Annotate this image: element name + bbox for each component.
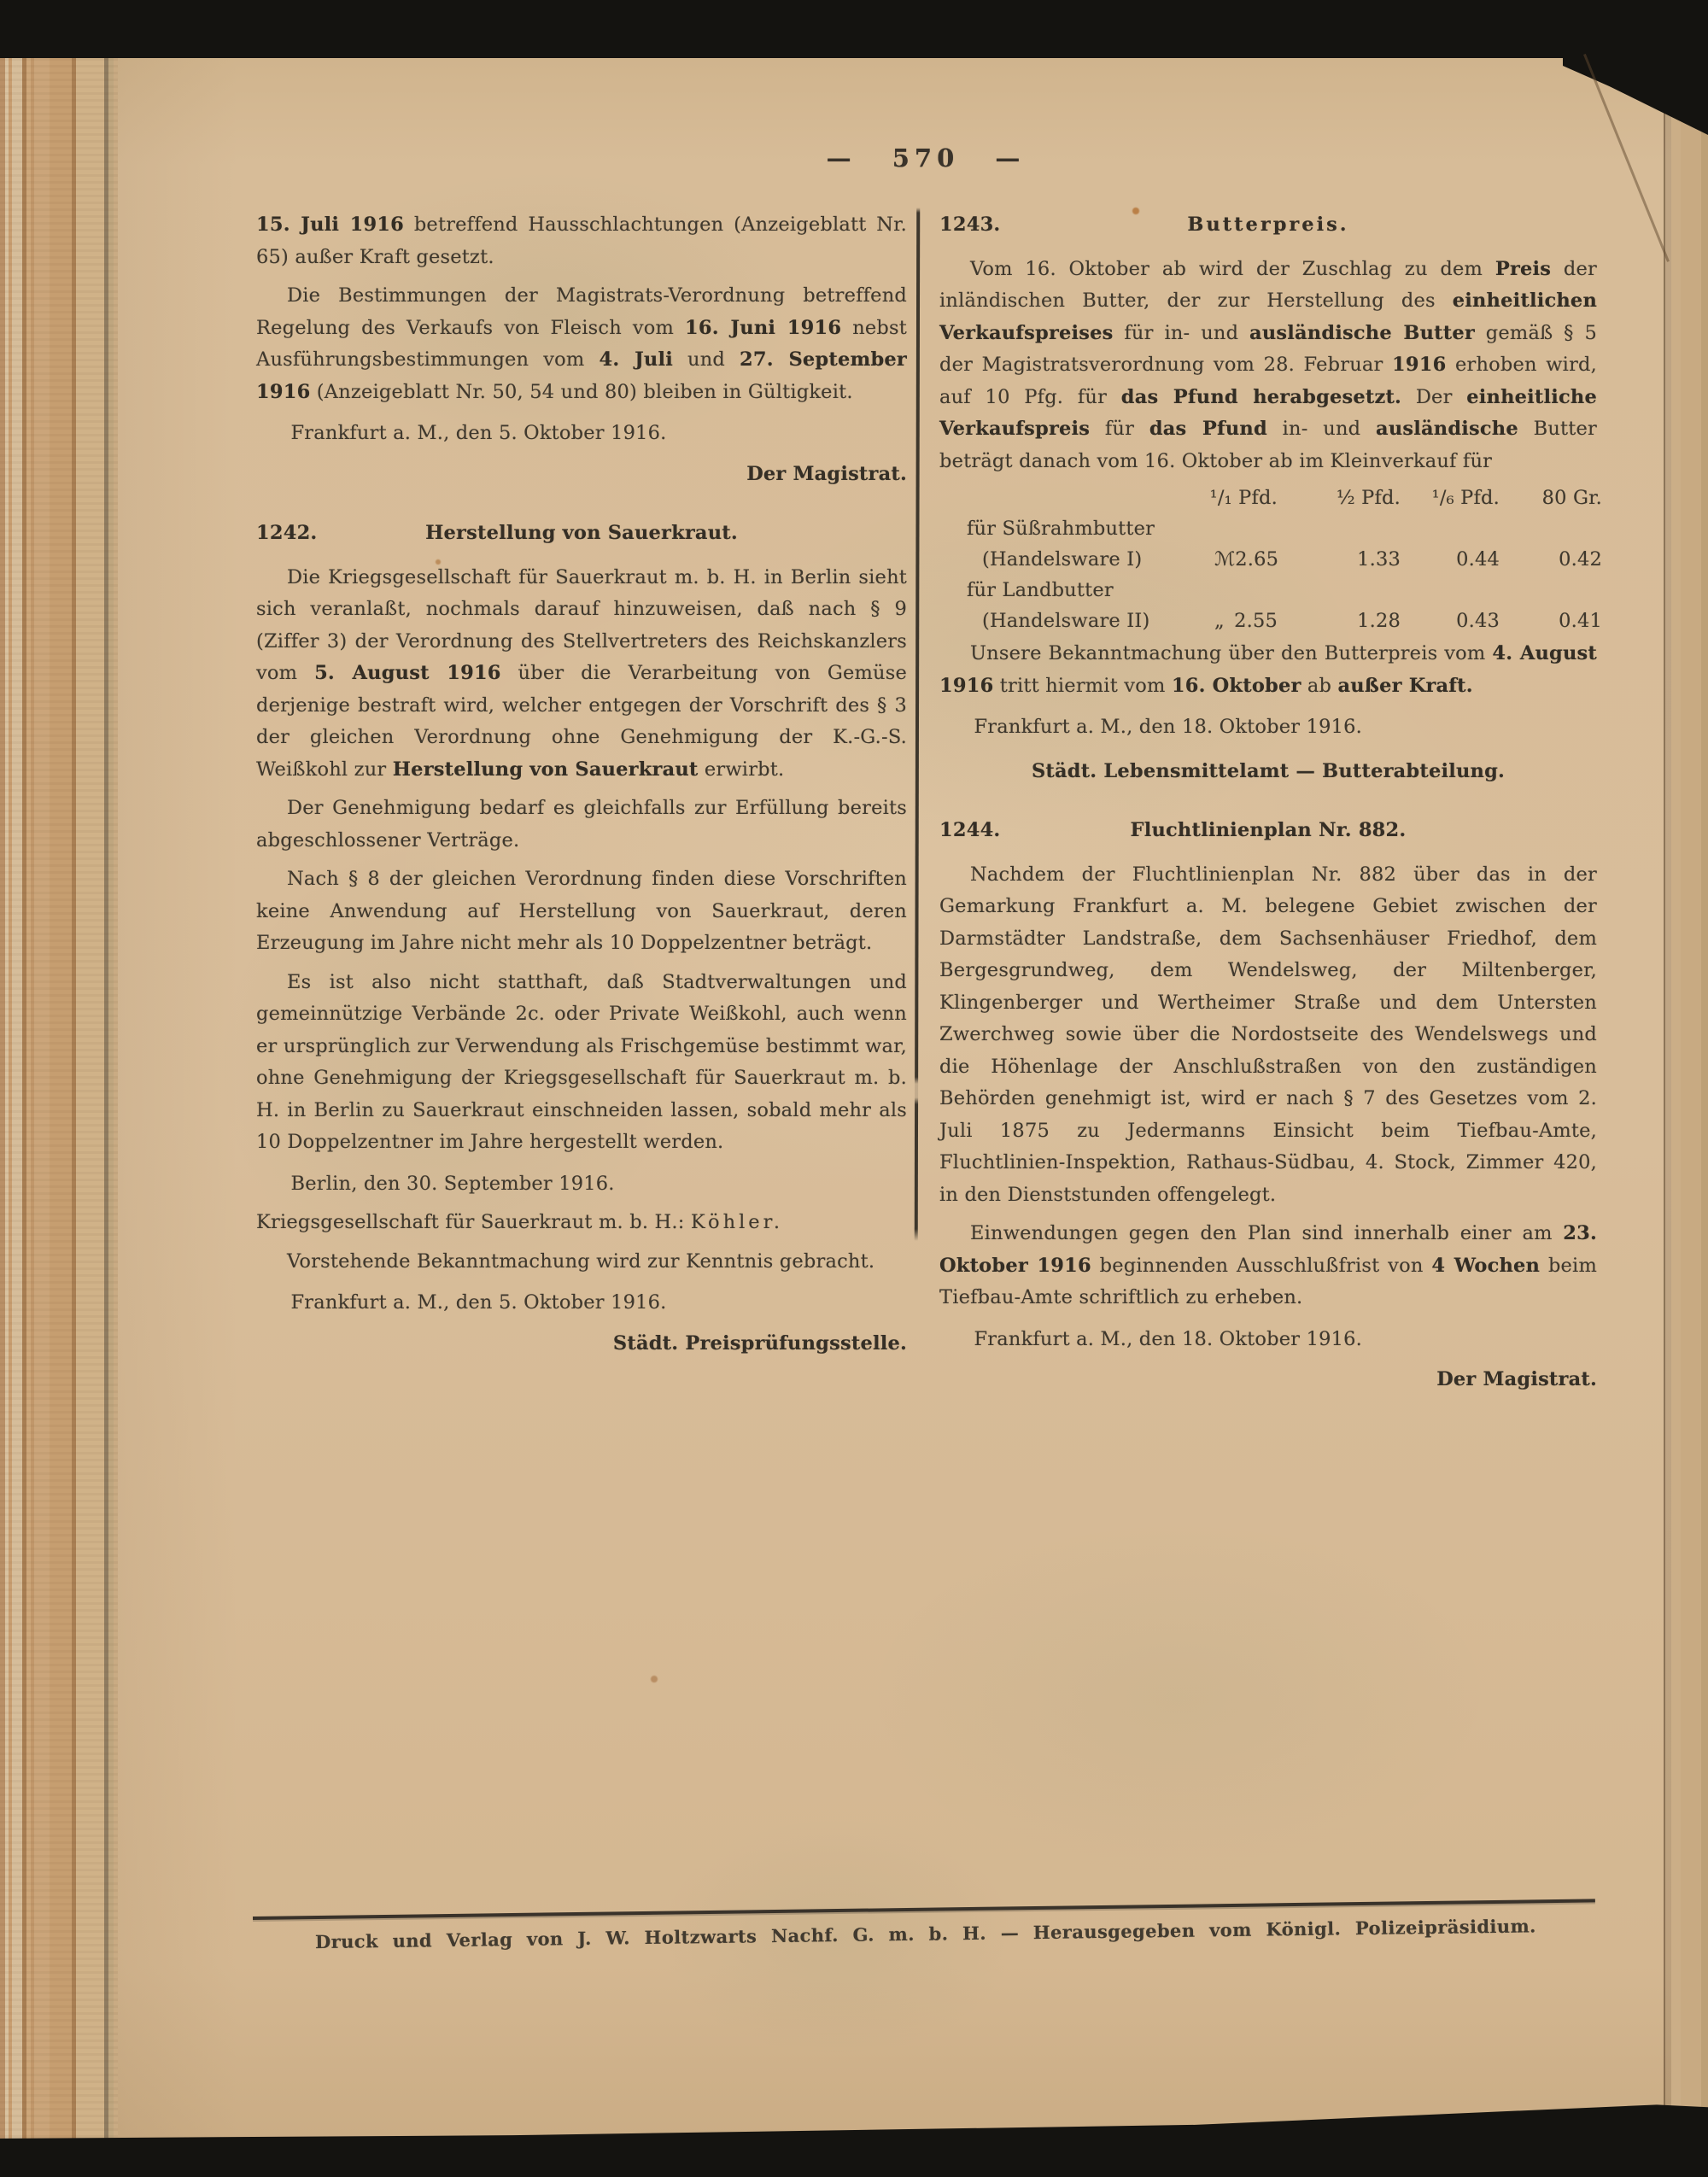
table-cell: 0.41 bbox=[1500, 606, 1602, 636]
table-header-spacer bbox=[939, 483, 1180, 513]
column-header: 80 Gr. bbox=[1500, 483, 1602, 513]
table-cell: 0.42 bbox=[1500, 544, 1602, 575]
section-number: 1243. bbox=[939, 209, 1000, 242]
section-title: Fluchtlinienplan Nr. 882. bbox=[1131, 819, 1407, 841]
section-title: Butterpreis. bbox=[1187, 214, 1348, 236]
section-number: 1242. bbox=[256, 518, 317, 550]
dateline: Frankfurt a. M., den 18. Oktober 1916. bbox=[939, 711, 1597, 744]
paragraph: Es ist also nicht statthaft, daß Stadtve… bbox=[256, 967, 907, 1159]
paragraph: 15. Juli 1916 betreffend Hausschlachtung… bbox=[256, 209, 907, 273]
table-product-label: für Süßrahmbutter bbox=[939, 513, 1597, 544]
dateline: Berlin, den 30. September 1916. bbox=[256, 1168, 907, 1201]
table-cell: 1.33 bbox=[1278, 544, 1401, 575]
paragraph: Nachdem der Fluchtlinienplan Nr. 882 übe… bbox=[939, 859, 1597, 1212]
table-cell: 0.43 bbox=[1401, 606, 1500, 636]
paragraph: Unsere Bekanntmachung über den Butterpre… bbox=[939, 638, 1597, 702]
signature: Städt. Lebensmittelamt — Butterabteilung… bbox=[939, 756, 1597, 788]
dateline: Frankfurt a. M., den 5. Oktober 1916. bbox=[256, 1287, 907, 1320]
section-1242: 1242. Herstellung von Sauerkraut. Die Kr… bbox=[256, 518, 907, 1360]
paragraph: Der Genehmigung bedarf es gleichfalls zu… bbox=[256, 793, 907, 857]
column-header: ½ Pfd. bbox=[1278, 483, 1401, 513]
paragraph: Vom 16. Oktober ab wird der Zuschlag zu … bbox=[939, 254, 1597, 478]
section-number: 1244. bbox=[939, 815, 1000, 847]
section-continued-notice: 15. Juli 1916 betreffend Hausschlachtung… bbox=[256, 209, 907, 490]
table-row: (Handelsware I) ℳ2.65 1.33 0.44 0.42 bbox=[939, 544, 1597, 575]
butter-price-table: ¹/₁ Pfd. ½ Pfd. ¹/₆ Pfd. 80 Gr. für Süßr… bbox=[939, 483, 1597, 636]
section-title: Herstellung von Sauerkraut. bbox=[425, 522, 738, 544]
column-header: ¹/₆ Pfd. bbox=[1401, 483, 1500, 513]
right-column: 1243. Butterpreis. Vom 16. Oktober ab wi… bbox=[939, 209, 1597, 1396]
paragraph: Einwendungen gegen den Plan sind innerha… bbox=[939, 1218, 1597, 1314]
paragraph: Nach § 8 der gleichen Verordnung finden … bbox=[256, 863, 907, 960]
ditto-mark: „ bbox=[1214, 606, 1225, 636]
dateline: Frankfurt a. M., den 18. Oktober 1916. bbox=[939, 1324, 1597, 1356]
table-grade-label: (Handelsware I) bbox=[939, 544, 1180, 575]
currency-mark: ℳ bbox=[1214, 544, 1235, 575]
signer-name: Köhler. bbox=[691, 1211, 783, 1233]
table-cell: „2.55 bbox=[1180, 606, 1278, 636]
page-number: — 570 — bbox=[256, 143, 1595, 173]
table-product-label: für Landbutter bbox=[939, 575, 1597, 606]
paragraph: Vorstehende Bekanntmachung wird zur Kenn… bbox=[256, 1246, 907, 1279]
table-cell: ℳ2.65 bbox=[1180, 544, 1278, 575]
page-edge-stack bbox=[0, 58, 118, 2142]
scan-background-top bbox=[0, 0, 1708, 58]
company-name: Kriegsgesellschaft für Sauerkraut m. b. … bbox=[256, 1211, 691, 1233]
section-1243: 1243. Butterpreis. Vom 16. Oktober ab wi… bbox=[939, 209, 1597, 787]
left-column: 15. Juli 1916 betreffend Hausschlachtung… bbox=[256, 209, 907, 1360]
right-edge-fold bbox=[1664, 58, 1708, 2112]
price-value: 2.55 bbox=[1234, 606, 1278, 636]
book-scan: — 570 — 15. Juli 1916 betreffend Haussch… bbox=[0, 0, 1708, 2177]
dateline: Frankfurt a. M., den 5. Oktober 1916. bbox=[256, 418, 907, 450]
table-cell: 1.28 bbox=[1278, 606, 1401, 636]
table-row: (Handelsware II) „2.55 1.28 0.43 0.41 bbox=[939, 606, 1597, 636]
signature: Der Magistrat. bbox=[256, 459, 907, 491]
table-cell: 0.44 bbox=[1401, 544, 1500, 575]
section-1244: 1244. Fluchtlinienplan Nr. 882. Nachdem … bbox=[939, 815, 1597, 1396]
section-heading: 1243. Butterpreis. bbox=[939, 209, 1597, 242]
company-signature: Kriegsgesellschaft für Sauerkraut m. b. … bbox=[256, 1207, 907, 1239]
table-grade-label: (Handelsware II) bbox=[939, 606, 1180, 636]
paragraph: Die Bestimmungen der Magistrats-Verordnu… bbox=[256, 280, 907, 408]
section-heading: 1244. Fluchtlinienplan Nr. 882. bbox=[939, 815, 1597, 847]
section-heading: 1242. Herstellung von Sauerkraut. bbox=[256, 518, 907, 550]
price-value: 2.65 bbox=[1235, 544, 1278, 575]
table-header-row: ¹/₁ Pfd. ½ Pfd. ¹/₆ Pfd. 80 Gr. bbox=[939, 483, 1597, 513]
signature: Der Magistrat. bbox=[939, 1364, 1597, 1396]
paragraph: Die Kriegsgesellschaft für Sauerkraut m.… bbox=[256, 562, 907, 787]
column-header: ¹/₁ Pfd. bbox=[1180, 483, 1278, 513]
signature: Städt. Preisprüfungsstelle. bbox=[256, 1328, 907, 1361]
